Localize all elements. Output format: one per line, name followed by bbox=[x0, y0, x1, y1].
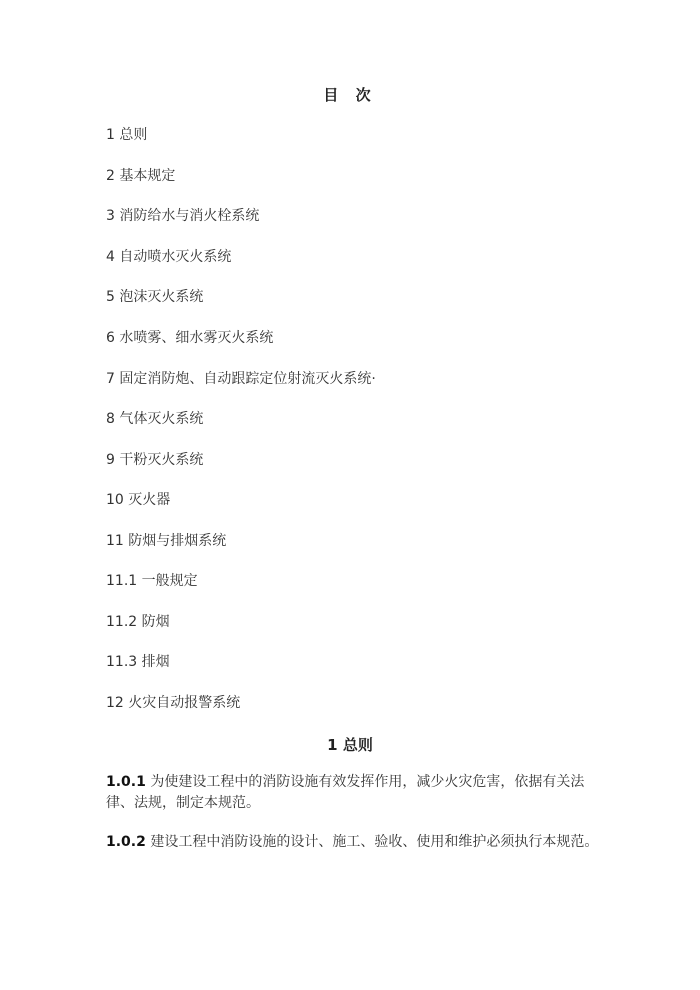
clause-paragraph: 1.0.2 建设工程中消防设施的设计、施工、验收、使用和维护必须执行本规范。 bbox=[106, 832, 606, 853]
toc-item[interactable]: 2 基本规定 bbox=[106, 165, 175, 185]
toc-title: 目 次 bbox=[0, 84, 700, 105]
clause-number: 1.0.2 bbox=[106, 834, 146, 850]
toc-item[interactable]: 6 水喷雾、细水雾灭火系统 bbox=[106, 327, 273, 347]
clause-text: 建设工程中消防设施的设计、施工、验收、使用和维护必须执行本规范。 bbox=[150, 834, 598, 850]
toc-item[interactable]: 10 灭火器 bbox=[106, 489, 170, 509]
section-title: 1 总则 bbox=[0, 734, 700, 755]
toc-item[interactable]: 11.1 一般规定 bbox=[106, 570, 198, 590]
toc-item[interactable]: 11.3 排烟 bbox=[106, 651, 170, 671]
toc-item[interactable]: 11.2 防烟 bbox=[106, 611, 170, 631]
toc-item[interactable]: 4 自动喷水灭火系统 bbox=[106, 246, 231, 266]
toc-item[interactable]: 3 消防给水与消火栓系统 bbox=[106, 205, 259, 225]
toc-item[interactable]: 8 气体灭火系统 bbox=[106, 408, 203, 428]
toc-item[interactable]: 9 干粉灭火系统 bbox=[106, 449, 203, 469]
clause-number: 1.0.1 bbox=[106, 774, 146, 790]
clause-text: 为使建设工程中的消防设施有效发挥作用，减少火灾危害，依据有关法律、法规，制定本规… bbox=[106, 774, 584, 811]
toc-item[interactable]: 5 泡沫灭火系统 bbox=[106, 286, 203, 306]
toc-item[interactable]: 1 总则 bbox=[106, 124, 147, 144]
toc-item[interactable]: 7 固定消防炮、自动跟踪定位射流灭火系统· bbox=[106, 368, 376, 388]
clause-paragraph: 1.0.1 为使建设工程中的消防设施有效发挥作用，减少火灾危害，依据有关法律、法… bbox=[106, 772, 606, 814]
toc-item[interactable]: 12 火灾自动报警系统 bbox=[106, 692, 240, 712]
toc-item[interactable]: 11 防烟与排烟系统 bbox=[106, 530, 226, 550]
